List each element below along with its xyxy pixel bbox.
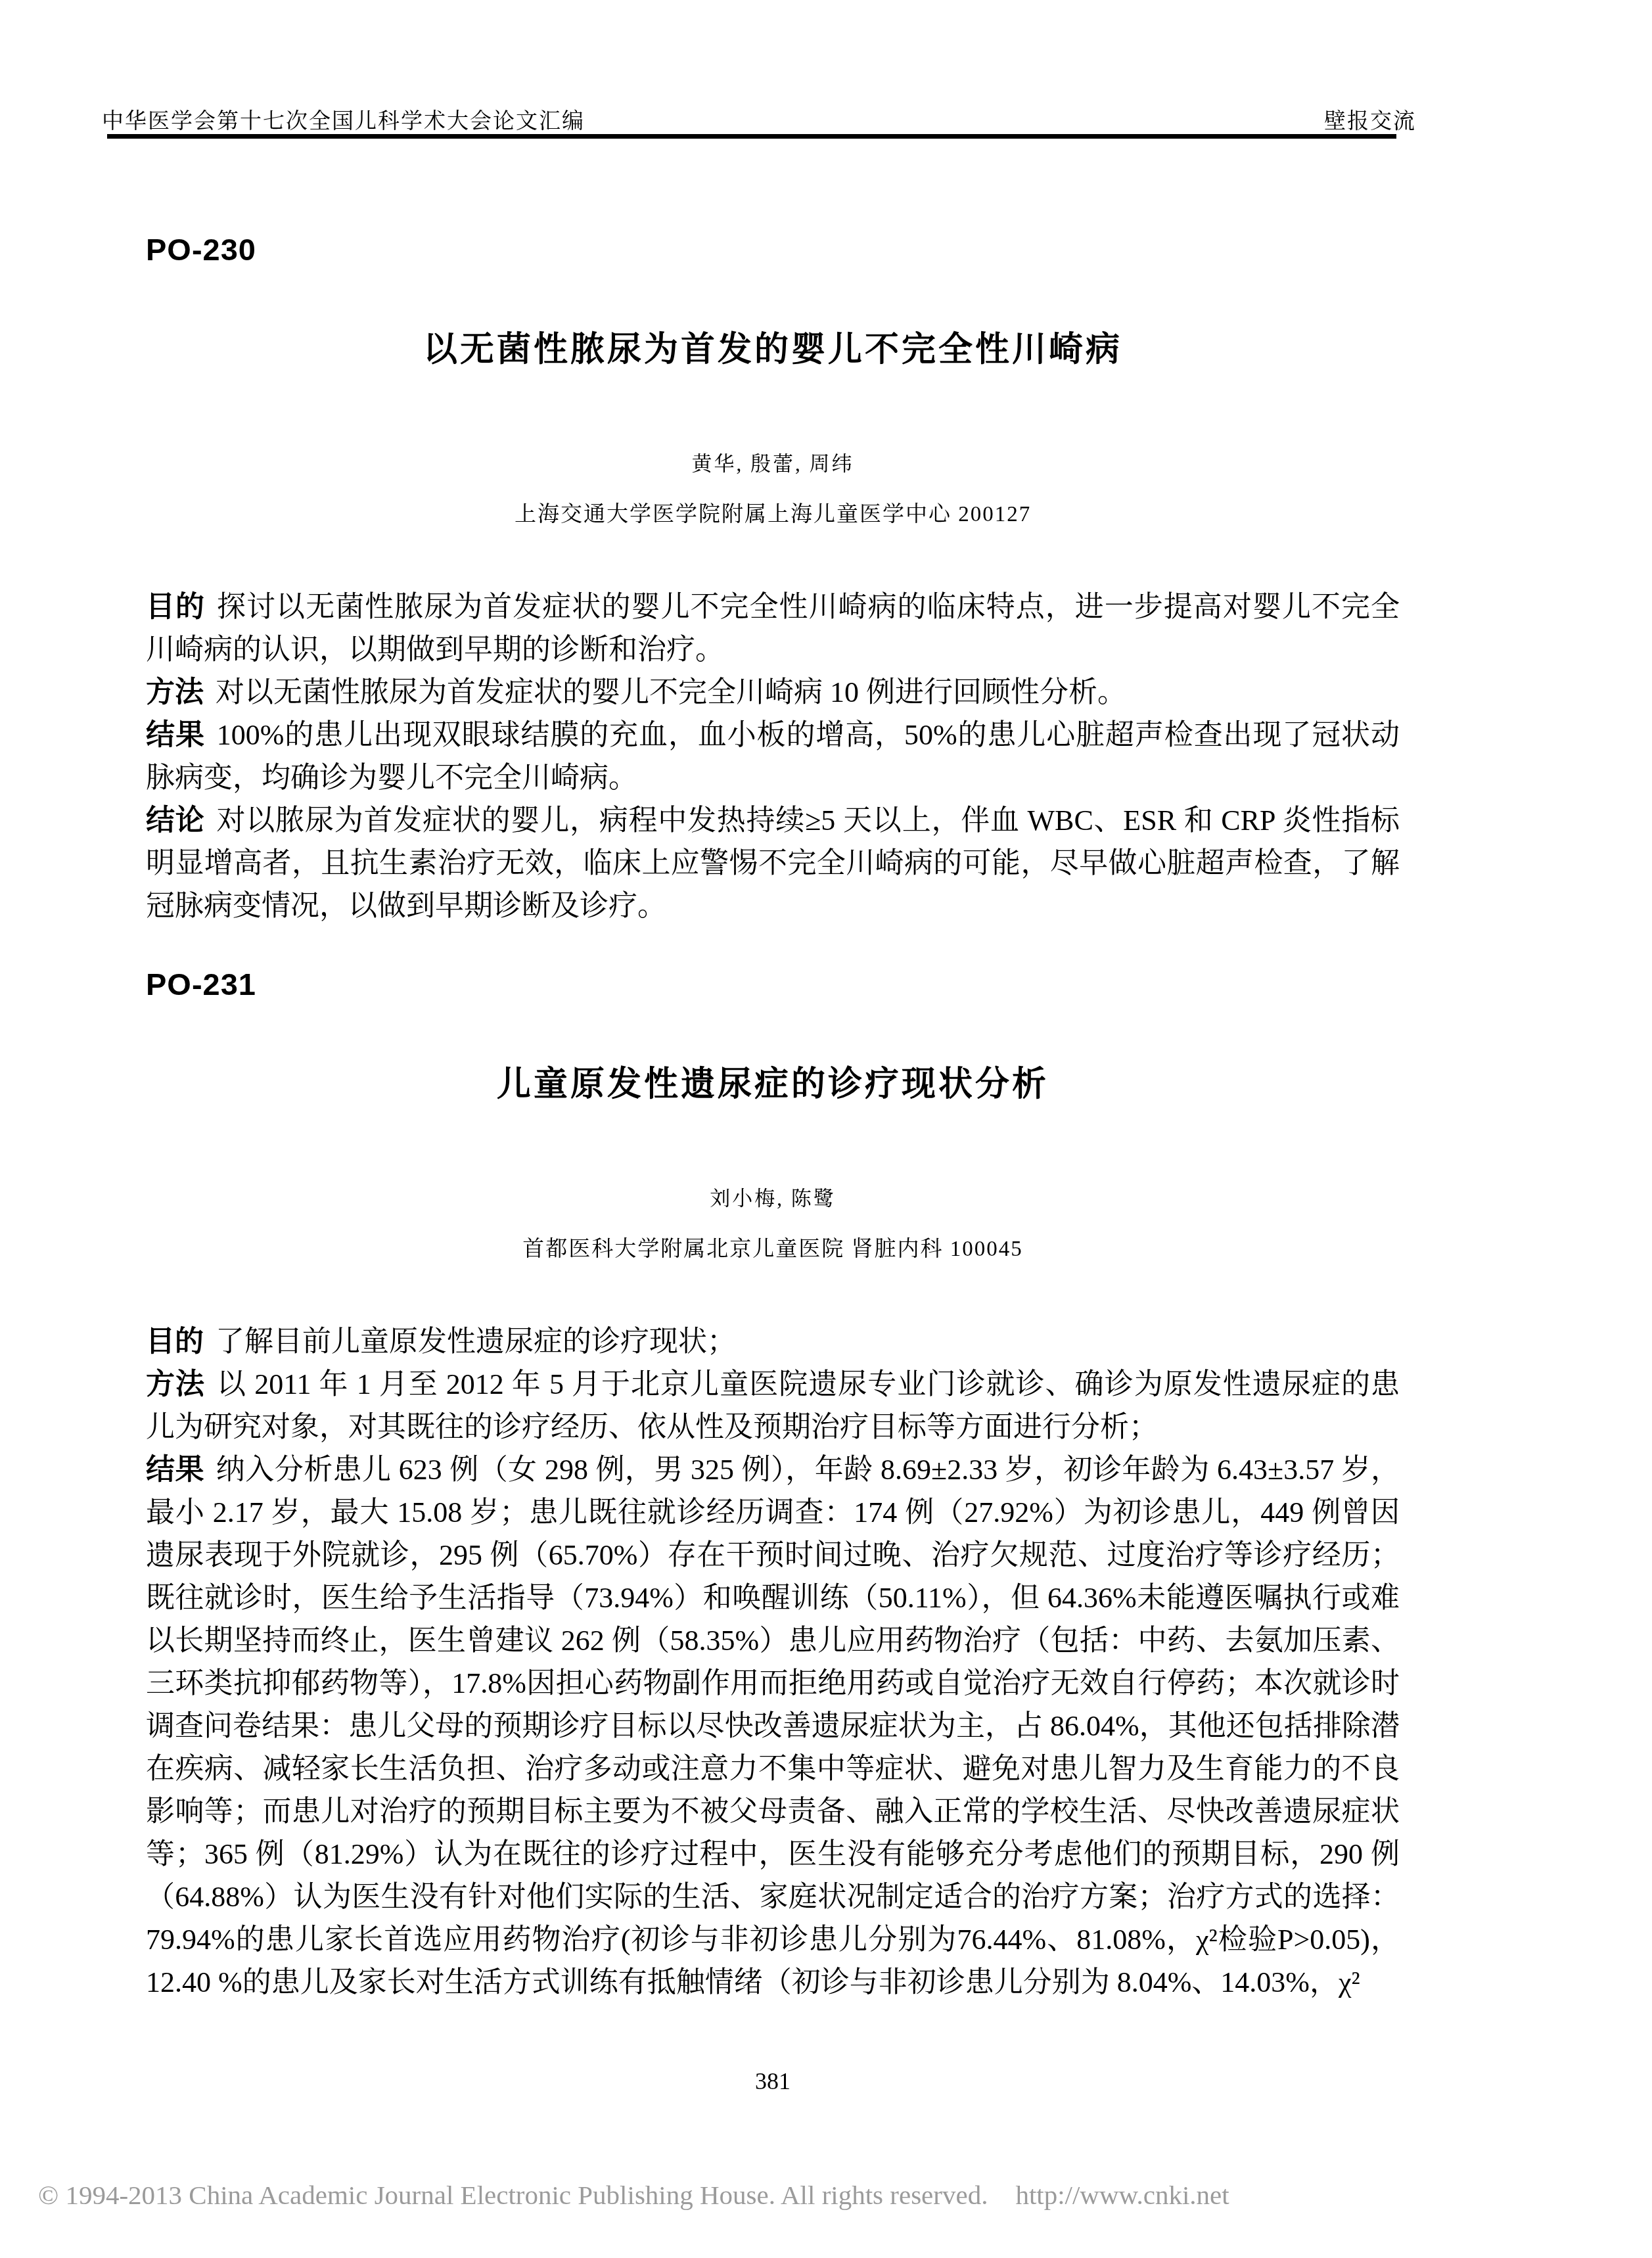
header-right-text: 壁报交流 (1324, 104, 1416, 135)
page-number: 381 (146, 2067, 1400, 2095)
paragraph-label: 目的 (146, 591, 205, 623)
abstract-section-po-230: PO-230 以无菌性脓尿为首发的婴儿不完全性川崎病 黄华, 殷蕾, 周纬 上海… (146, 231, 1400, 927)
paragraph-results: 结果纳入分析患儿 623 例（女 298 例，男 325 例），年龄 8.69±… (146, 1448, 1400, 2004)
page-footer: © 1994-2013 China Academic Journal Elect… (38, 2179, 1549, 2211)
paragraph-text: 以 2011 年 1 月至 2012 年 5 月于北京儿童医院遗尿专业门诊就诊、… (146, 1368, 1400, 1443)
abstract-authors: 刘小梅, 陈鹭 (146, 1182, 1400, 1211)
paragraph-text: 对以脓尿为首发症状的婴儿，病程中发热持续≥5 天以上，伴血 WBC、ESR 和 … (146, 804, 1400, 922)
abstract-title: 儿童原发性遗尿症的诊疗现状分析 (146, 1056, 1400, 1105)
abstract-affiliation: 首都医科大学附属北京儿童医院 肾脏内科 100045 (146, 1232, 1400, 1262)
paragraph-label: 结果 (146, 1454, 204, 1486)
paragraph-objective: 目的探讨以无菌性脓尿为首发症状的婴儿不完全性川崎病的临床特点，进一步提高对婴儿不… (146, 586, 1400, 671)
abstract-body: 目的探讨以无菌性脓尿为首发症状的婴儿不完全性川崎病的临床特点，进一步提高对婴儿不… (146, 586, 1400, 927)
abstract-section-po-231: PO-231 儿童原发性遗尿症的诊疗现状分析 刘小梅, 陈鹭 首都医科大学附属北… (146, 966, 1400, 2004)
footer-url: http://www.cnki.net (1015, 2180, 1229, 2210)
abstract-id: PO-230 (146, 231, 1400, 267)
paragraph-text: 对以无菌性脓尿为首发症状的婴儿不完全川崎病 10 例进行回顾性分析。 (216, 676, 1126, 708)
header-rule (107, 134, 1396, 139)
abstract-title: 以无菌性脓尿为首发的婴儿不完全性川崎病 (146, 321, 1400, 371)
paragraph-methods: 方法对以无菌性脓尿为首发症状的婴儿不完全川崎病 10 例进行回顾性分析。 (146, 671, 1400, 714)
paragraph-label: 方法 (146, 1368, 205, 1400)
paragraph-conclusion: 结论对以脓尿为首发症状的婴儿，病程中发热持续≥5 天以上，伴血 WBC、ESR … (146, 799, 1400, 927)
document-page: 中华医学会第十七次全国儿科学术大会论文汇编 壁报交流 PO-230 以无菌性脓尿… (0, 0, 1652, 2258)
abstract-affiliation: 上海交通大学医学院附属上海儿童医学中心 200127 (146, 497, 1400, 528)
paragraph-label: 结果 (146, 719, 205, 751)
abstract-authors: 黄华, 殷蕾, 周纬 (146, 447, 1400, 476)
footer-copyright: © 1994-2013 China Academic Journal Elect… (38, 2180, 988, 2210)
paragraph-label: 目的 (146, 1325, 204, 1358)
paragraph-text: 纳入分析患儿 623 例（女 298 例，男 325 例），年龄 8.69±2.… (146, 1454, 1400, 1998)
paragraph-methods: 方法以 2011 年 1 月至 2012 年 5 月于北京儿童医院遗尿专业门诊就… (146, 1363, 1400, 1448)
header-left-text: 中华医学会第十七次全国儿科学术大会论文汇编 (102, 104, 585, 135)
paragraph-text: 100%的患儿出现双眼球结膜的充血，血小板的增高，50%的患儿心脏超声检查出现了… (146, 719, 1400, 794)
paragraph-text: 探讨以无菌性脓尿为首发症状的婴儿不完全性川崎病的临床特点，进一步提高对婴儿不完全… (146, 591, 1400, 666)
abstract-body: 目的了解目前儿童原发性遗尿症的诊疗现状； 方法以 2011 年 1 月至 201… (146, 1320, 1400, 2004)
abstract-id: PO-231 (146, 966, 1400, 1002)
paragraph-label: 结论 (146, 804, 205, 837)
page-header: 中华医学会第十七次全国儿科学术大会论文汇编 壁报交流 (102, 104, 1416, 135)
paragraph-objective: 目的了解目前儿童原发性遗尿症的诊疗现状； (146, 1320, 1400, 1363)
paragraph-label: 方法 (146, 676, 204, 708)
paragraph-results: 结果100%的患儿出现双眼球结膜的充血，血小板的增高，50%的患儿心脏超声检查出… (146, 714, 1400, 799)
paragraph-text: 了解目前儿童原发性遗尿症的诊疗现状； (216, 1325, 736, 1358)
